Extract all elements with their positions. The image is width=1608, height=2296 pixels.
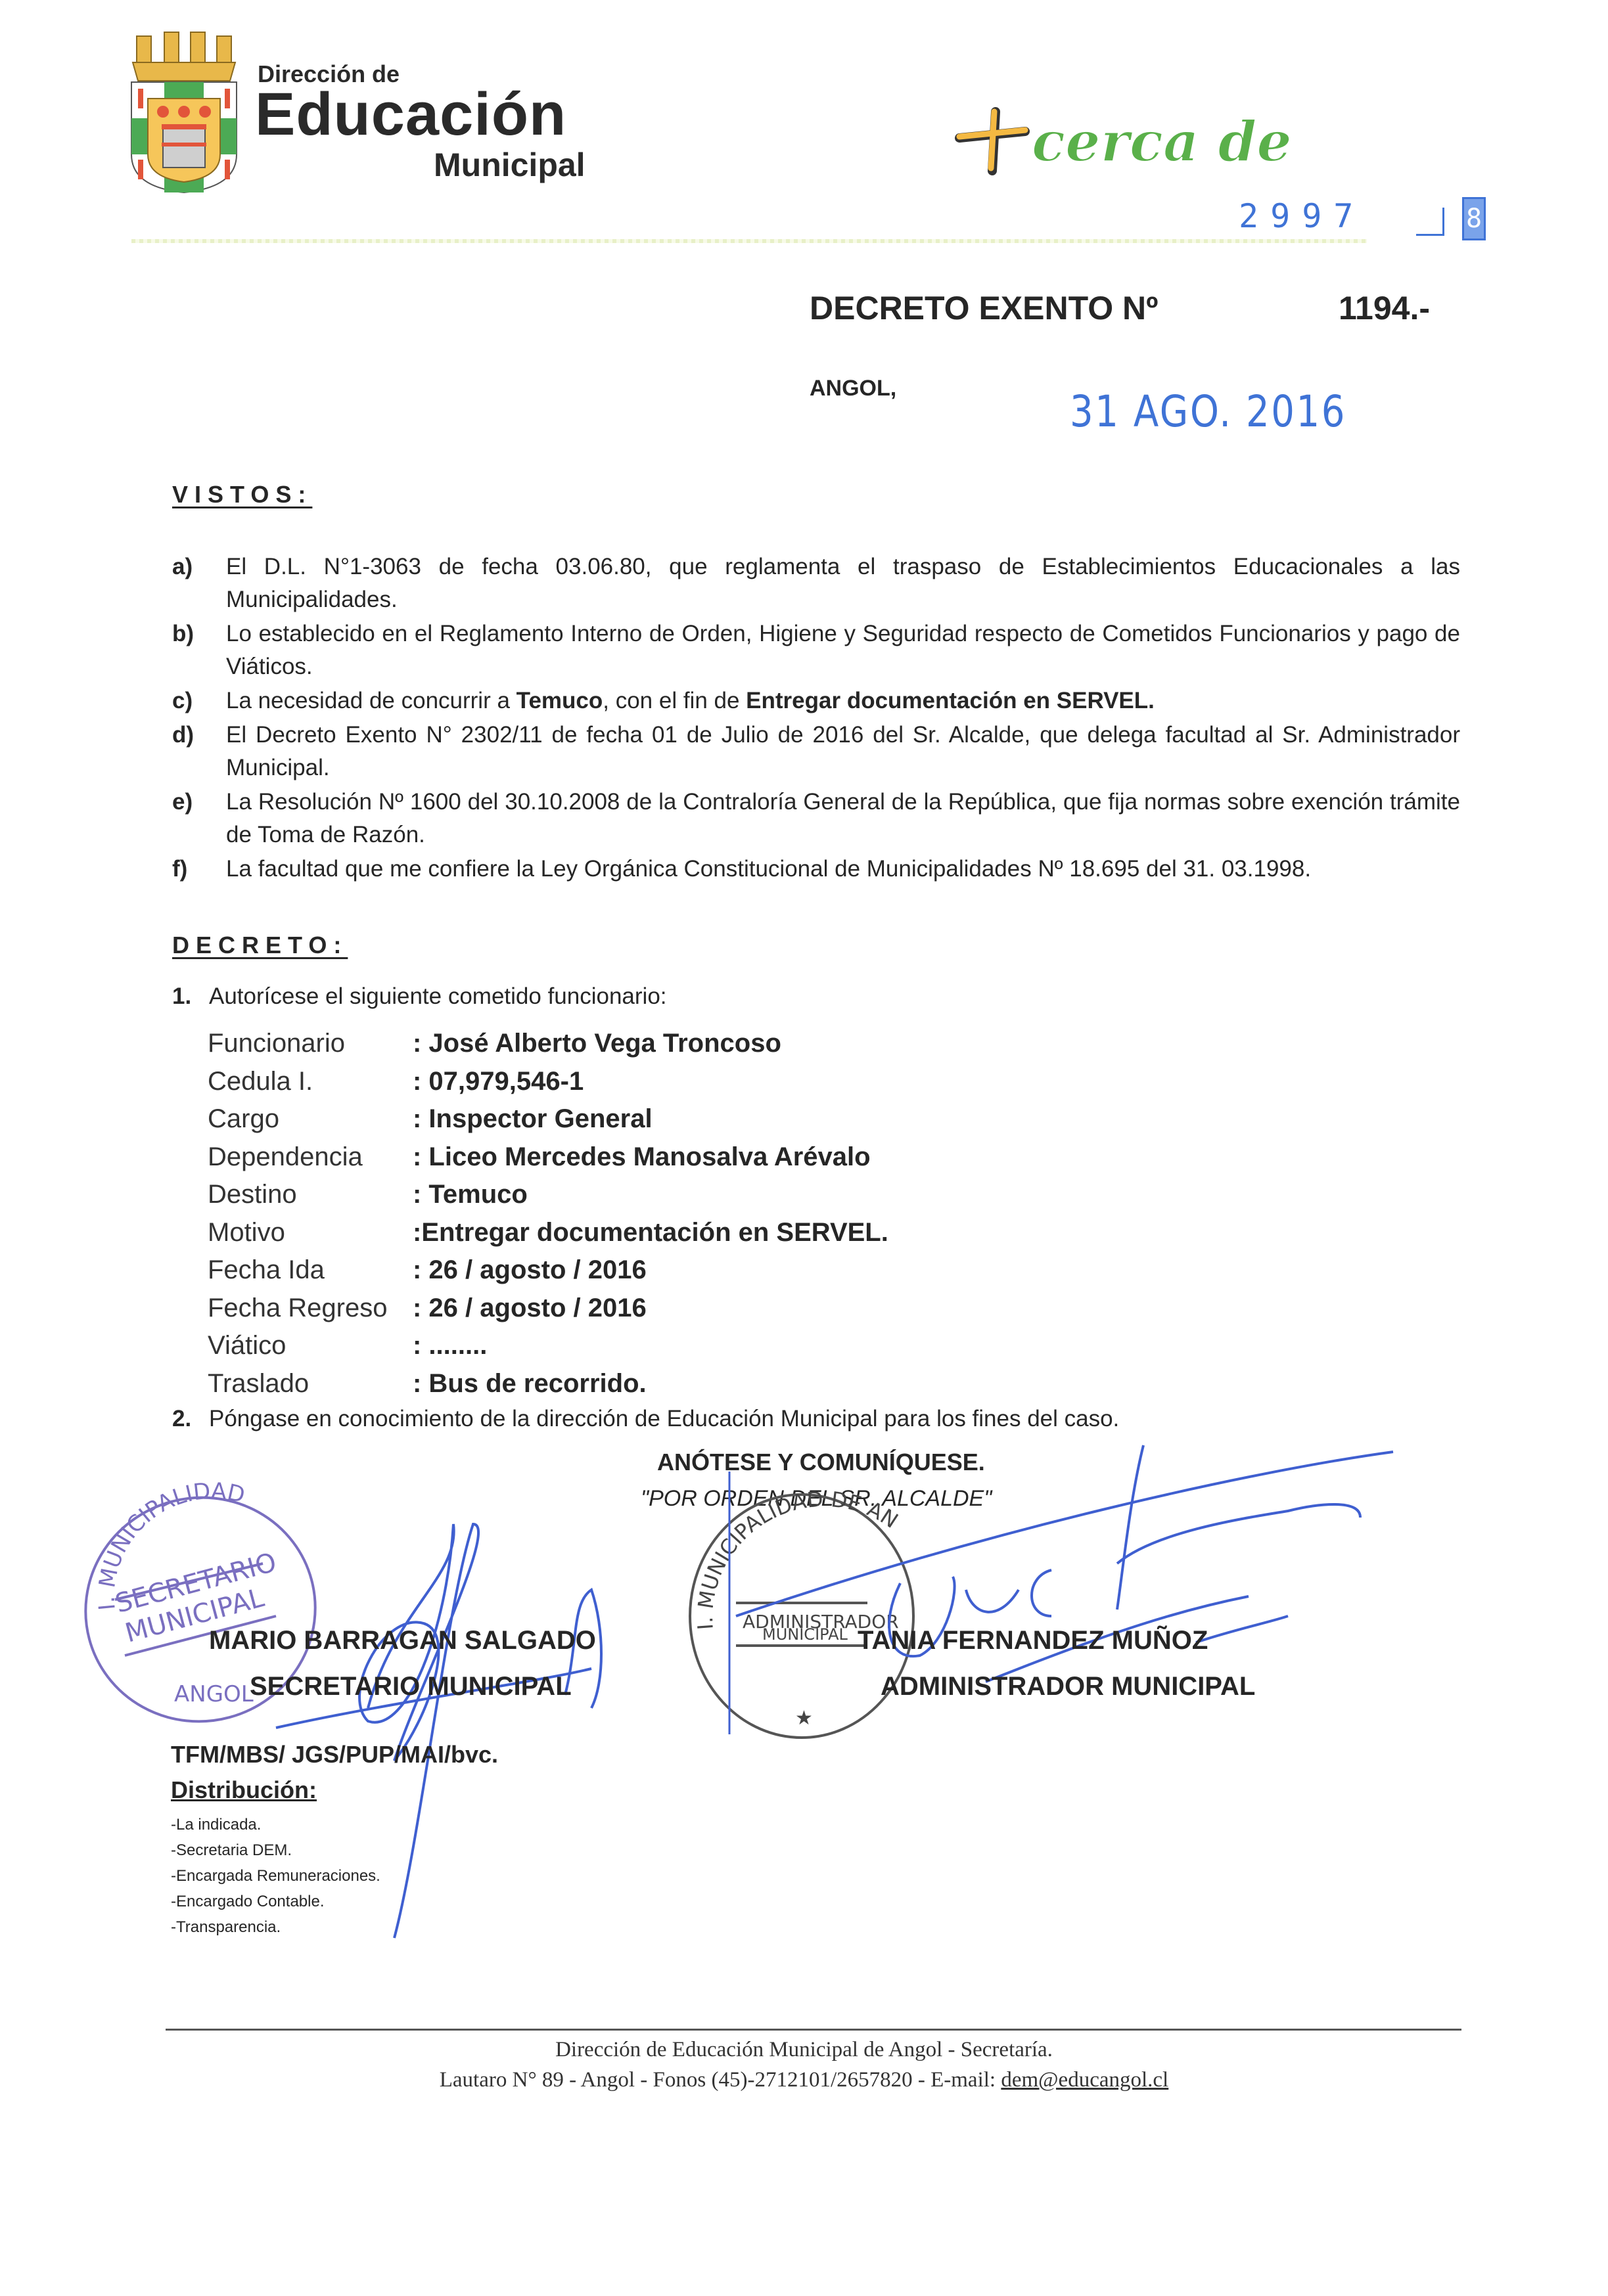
text-fragment: , con el fin de — [603, 688, 746, 713]
email-link[interactable]: dem@educangol.cl — [1001, 2068, 1168, 2092]
detail-row: Cedula I.: 07,979,546-1 — [208, 1063, 888, 1101]
decree-number: 1194.- — [1339, 289, 1430, 327]
item-text: Autorícese el siguiente cometido funcion… — [209, 983, 667, 1009]
vistos-item-text: La necesidad de concurrir a Temuco, con … — [226, 685, 1460, 717]
seal-left-bottom: ANGOL — [174, 1681, 254, 1707]
stamp-box: 8 — [1462, 197, 1486, 240]
vistos-item-text: La Resolución Nº 1600 del 30.10.2008 de … — [226, 786, 1460, 851]
detail-key: Dependencia — [208, 1138, 413, 1177]
slogan-logo: cerca de ti — [920, 99, 1314, 184]
slogan-text: cerca de ti — [1032, 109, 1314, 174]
vistos-item-text: La facultad que me confiere la Ley Orgán… — [226, 853, 1460, 886]
brand-line-municipal: Municipal — [434, 146, 586, 184]
vistos-item-text: El Decreto Exento N° 2302/11 de fecha 01… — [226, 719, 1460, 784]
detail-value: : ........ — [413, 1327, 487, 1365]
detail-value: : 26 / agosto / 2016 — [413, 1290, 647, 1328]
detail-key: Motivo — [208, 1214, 413, 1252]
secretary-name: MARIO BARRAGAN SALGADO — [209, 1626, 596, 1655]
distribution-item: -Transparencia. — [171, 1914, 380, 1940]
seal-right-mid2: MUNICIPAL — [762, 1625, 848, 1644]
decreto-item-1: 1.Autorícese el siguiente cometido funci… — [172, 983, 667, 1010]
detail-row: Motivo:Entregar documentación en SERVEL. — [208, 1214, 888, 1252]
detail-value: : 07,979,546-1 — [413, 1063, 584, 1101]
detail-key: Viático — [208, 1327, 413, 1365]
detail-row: Traslado: Bus de recorrido. — [208, 1365, 888, 1403]
item-number: 1. — [172, 983, 209, 1010]
detail-row: Cargo: Inspector General — [208, 1100, 888, 1138]
detail-key: Fecha Regreso — [208, 1290, 413, 1328]
detail-key: Traslado — [208, 1365, 413, 1403]
by-order-of-mayor: "POR ORDEN DEL SR. ALCALDE" — [641, 1486, 992, 1512]
item-number: 2. — [172, 1406, 209, 1432]
administrator-name: TANIA FERNANDEZ MUÑOZ — [858, 1626, 1208, 1655]
secretary-title: SECRETARIO MUNICIPAL — [250, 1672, 572, 1701]
vistos-heading: VISTOS: — [172, 481, 312, 508]
vistos-item-label: c) — [172, 685, 226, 717]
svg-text:I. MUNICIPALIDAD: I. MUNICIPALIDAD — [94, 1478, 248, 1611]
decreto-heading: DECRETO: — [172, 932, 348, 959]
vistos-item-text: Lo establecido en el Reglamento Interno … — [226, 618, 1460, 683]
detail-value: : Inspector General — [413, 1100, 653, 1138]
received-stamp-number: 2997 — [1239, 197, 1365, 235]
footer-address: Lautaro N° 89 - Angol - Fonos (45)-27121… — [440, 2068, 1001, 2092]
distribution-item: -Encargado Contable. — [171, 1889, 380, 1914]
detail-value: : Temuco — [413, 1176, 528, 1214]
administrator-seal — [690, 1495, 913, 1738]
vistos-item-label: a) — [172, 551, 226, 616]
vistos-item-label: e) — [172, 786, 226, 851]
decreto-item-2: 2.Póngase en conocimiento de la direcció… — [172, 1406, 1119, 1432]
header-divider — [131, 239, 1367, 243]
detail-key: Cargo — [208, 1100, 413, 1138]
vistos-item: a) El D.L. N°1-3063 de fecha 03.06.80, q… — [172, 551, 1460, 616]
decree-title: DECRETO EXENTO Nº — [810, 289, 1158, 327]
distribution-list: -La indicada. -Secretaria DEM. -Encargad… — [171, 1812, 380, 1940]
detail-value: : José Alberto Vega Troncoso — [413, 1025, 781, 1063]
distribution-item: -Encargada Remuneraciones. — [171, 1863, 380, 1889]
text-fragment: La necesidad de concurrir a — [226, 688, 517, 713]
destination-emphasis: Temuco — [517, 688, 603, 713]
city-label: ANGOL, — [810, 376, 896, 401]
distribution-item: -Secretaria DEM. — [171, 1837, 380, 1863]
stamp-mark — [1416, 208, 1444, 236]
footer-divider — [166, 2029, 1461, 2031]
detail-row: Viático: ........ — [208, 1327, 888, 1365]
svg-text:★: ★ — [795, 1707, 813, 1730]
vistos-item: e) La Resolución Nº 1600 del 30.10.2008 … — [172, 786, 1460, 851]
footer-contact: Lautaro N° 89 - Angol - Fonos (45)-27121… — [0, 2068, 1608, 2092]
distribution-item: -La indicada. — [171, 1812, 380, 1837]
vistos-list: a) El D.L. N°1-3063 de fecha 03.06.80, q… — [172, 551, 1460, 887]
distribution-heading: Distribución: — [171, 1776, 317, 1804]
detail-key: Funcionario — [208, 1025, 413, 1063]
detail-row: Destino: Temuco — [208, 1176, 888, 1214]
closing-formula: ANÓTESE Y COMUNÍQUESE. — [657, 1449, 985, 1476]
vistos-item: c) La necesidad de concurrir a Temuco, c… — [172, 685, 1460, 717]
footer-organization: Dirección de Educación Municipal de Ango… — [0, 2038, 1608, 2062]
detail-row: Fecha Ida: 26 / agosto / 2016 — [208, 1251, 888, 1290]
detail-row: Funcionario: José Alberto Vega Troncoso — [208, 1025, 888, 1063]
coat-of-arms-logo — [125, 30, 243, 194]
item-text: Póngase en conocimiento de la dirección … — [209, 1406, 1119, 1431]
detail-value: : Bus de recorrido. — [413, 1365, 647, 1403]
administrator-title: ADMINISTRADOR MUNICIPAL — [881, 1672, 1255, 1701]
secretary-seal — [60, 1472, 340, 1747]
detail-value: : 26 / agosto / 2016 — [413, 1251, 647, 1290]
vistos-item: b) Lo establecido en el Reglamento Inter… — [172, 618, 1460, 683]
vistos-item-label: b) — [172, 618, 226, 683]
date-stamp: 31 AGO. 2016 — [1070, 386, 1346, 437]
detail-key: Destino — [208, 1176, 413, 1214]
seal-left-mid1: SECRETARIO — [112, 1547, 280, 1619]
detail-value: :Entregar documentación en SERVEL. — [413, 1214, 888, 1252]
vistos-item: f) La facultad que me confiere la Ley Or… — [172, 853, 1460, 886]
detail-key: Fecha Ida — [208, 1251, 413, 1290]
brand-line-educacion: Educación — [255, 84, 566, 145]
seal-left-top-text: I. MUNICIPALIDAD — [94, 1478, 248, 1611]
vistos-item: d) El Decreto Exento N° 2302/11 de fecha… — [172, 719, 1460, 784]
purpose-emphasis: Entregar documentación en SERVEL. — [746, 688, 1155, 713]
commission-details: Funcionario: José Alberto Vega Troncoso … — [208, 1025, 888, 1403]
reference-initials: TFM/MBS/ JGS/PUP/MAI/bvc. — [171, 1741, 498, 1768]
detail-value: : Liceo Mercedes Manosalva Arévalo — [413, 1138, 871, 1177]
vistos-item-label: f) — [172, 853, 226, 886]
vistos-item-label: d) — [172, 719, 226, 784]
detail-key: Cedula I. — [208, 1063, 413, 1101]
detail-row: Dependencia: Liceo Mercedes Manosalva Ar… — [208, 1138, 888, 1177]
vistos-item-text: El D.L. N°1-3063 de fecha 03.06.80, que … — [226, 551, 1460, 616]
detail-row: Fecha Regreso: 26 / agosto / 2016 — [208, 1290, 888, 1328]
